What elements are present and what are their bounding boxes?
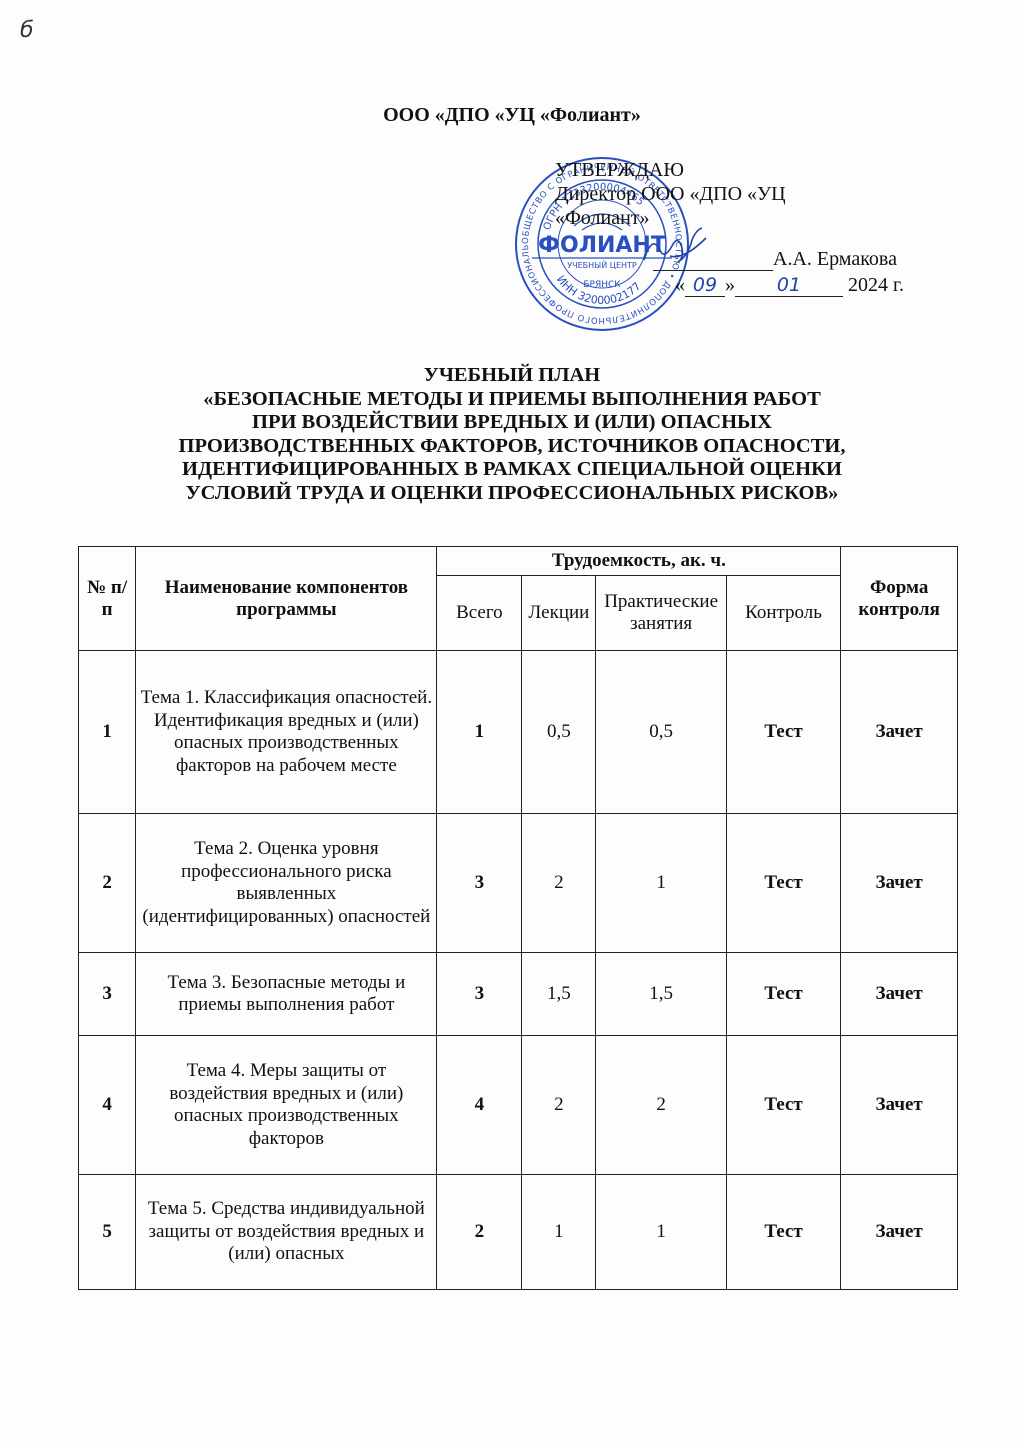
approval-date: «09»01 2024 г. xyxy=(675,274,904,297)
date-day: 09 xyxy=(685,274,725,297)
approve-label: УТВЕРЖДАЮ xyxy=(535,158,955,182)
header-labor: Трудоемкость, ак. ч. xyxy=(437,547,841,576)
date-year: 2024 г. xyxy=(848,274,904,296)
signatory-name: А.А. Ермакова xyxy=(773,248,897,270)
header-lectures: Лекции xyxy=(522,576,596,651)
approver-position: Директор ООО «ДПО «УЦ xyxy=(535,182,955,206)
table-row: 3 Тема 3. Безопасные методы и приемы вып… xyxy=(79,953,958,1036)
organization-title: ООО «ДПО «УЦ «Фолиант» xyxy=(0,104,1024,127)
table-row: 2 Тема 2. Оценка уровня профессиональног… xyxy=(79,814,958,953)
curriculum-title: УЧЕБНЫЙ ПЛАН «БЕЗОПАСНЫЕ МЕТОДЫ И ПРИЕМЫ… xyxy=(0,364,1024,505)
stamp-city: БРЯНСК xyxy=(583,280,621,290)
header-control: Контроль xyxy=(726,576,841,651)
header-num: № п/п xyxy=(79,547,136,651)
approval-block: УТВЕРЖДАЮ Директор ООО «ДПО «УЦ «Фолиант… xyxy=(535,158,955,230)
header-total: Всего xyxy=(437,576,522,651)
date-month: 01 xyxy=(735,274,843,297)
handwritten-signature xyxy=(640,226,710,270)
header-name: Наименование компонентов программы xyxy=(136,547,437,651)
table-row: 5 Тема 5. Средства индивидуальной защиты… xyxy=(79,1175,958,1290)
signature-row: А.А. Ермакова xyxy=(535,248,935,271)
curriculum-table: № п/п Наименование компонентов программы… xyxy=(78,546,958,1290)
table-row: 1 Тема 1. Классификация опасностей. Иден… xyxy=(79,651,958,814)
handwritten-page-number: б xyxy=(20,18,34,43)
header-form: Форма контроля xyxy=(841,547,958,651)
header-practice: Практические занятия xyxy=(596,576,726,651)
approver-position-cont: «Фолиант» xyxy=(535,206,955,230)
table-row: 4 Тема 4. Меры защиты от воздействия вре… xyxy=(79,1036,958,1175)
